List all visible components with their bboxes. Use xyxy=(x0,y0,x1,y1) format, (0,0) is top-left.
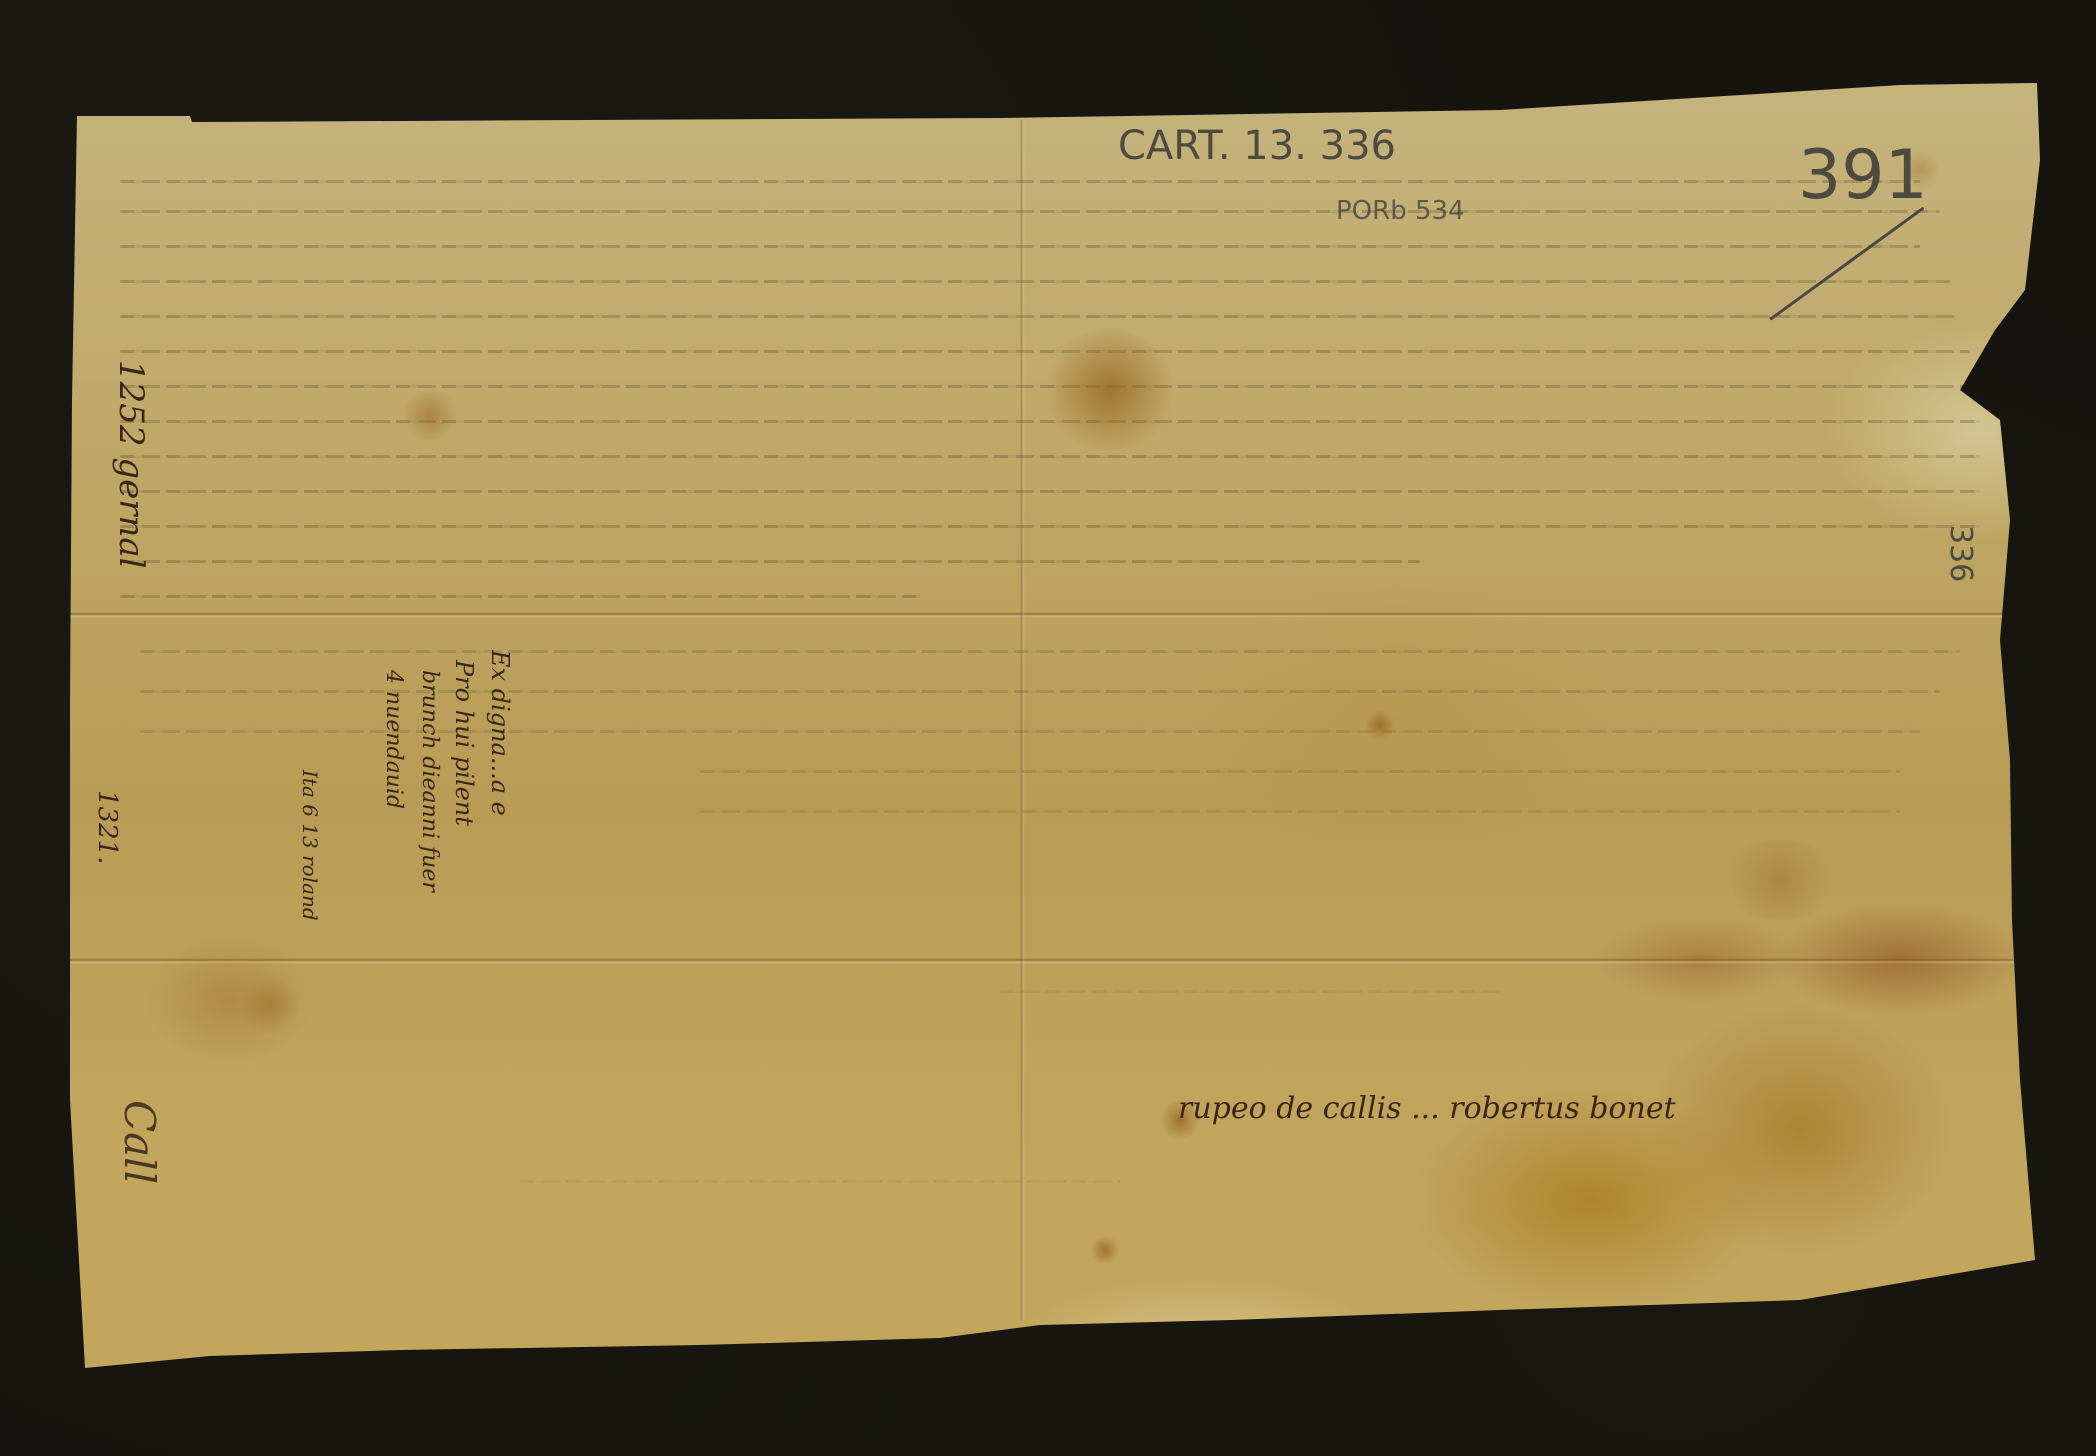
show-through-line xyxy=(1000,990,1500,993)
dorsal-note-line-1: Ex digna...a e xyxy=(488,650,512,816)
show-through-line xyxy=(120,595,920,598)
margin-number-right: 336 xyxy=(1945,525,1975,582)
fold-line-upper xyxy=(60,612,2020,618)
fold-line-lower xyxy=(60,958,2020,964)
stain xyxy=(1040,330,1180,450)
dorsal-note-line-5: Ita 6 13 roland xyxy=(300,770,320,921)
left-margin-date-note: 1252 gernal xyxy=(114,360,148,569)
show-through-line xyxy=(120,315,1960,318)
show-through-line xyxy=(120,490,1980,493)
show-through-line xyxy=(120,455,1980,458)
show-through-line xyxy=(120,245,1920,248)
show-through-line xyxy=(120,560,1420,563)
show-through-line xyxy=(140,690,1940,693)
fold-line-vertical xyxy=(1020,120,1025,1320)
shelf-mark-label: PORb 534 xyxy=(1336,198,1465,224)
folio-number: 391 xyxy=(1798,142,1928,210)
show-through-line xyxy=(520,1180,1120,1183)
show-through-line xyxy=(140,650,1960,653)
stain xyxy=(1720,840,1840,920)
left-margin-year-note: 1321. xyxy=(94,790,120,864)
show-through-line xyxy=(700,770,1900,773)
show-through-line xyxy=(120,280,1950,283)
stain xyxy=(1365,710,1395,740)
show-through-line xyxy=(120,350,1970,353)
show-through-line xyxy=(120,525,1980,528)
left-margin-call-note: Call xyxy=(118,1100,160,1184)
stain xyxy=(400,390,460,440)
show-through-line xyxy=(120,210,1940,213)
dorsal-note-line-2: Pro hui pilent xyxy=(452,660,476,826)
stain xyxy=(1090,1235,1120,1265)
dorsal-note-line-3: brunch dieanni fuer xyxy=(418,670,440,892)
dorsal-note-line-4: 4 nuendauid xyxy=(382,670,404,809)
stain xyxy=(240,975,300,1035)
show-through-line xyxy=(700,810,1900,813)
bottom-endorsement: rupeo de callis ... robertus bonet xyxy=(1178,1094,1676,1124)
show-through-line xyxy=(140,730,1920,733)
parchment-sheet: CART. 13. 336 PORb 534 391 336 1252 gern… xyxy=(0,0,2096,1456)
pencil-slash-mark xyxy=(1769,207,1924,321)
show-through-line xyxy=(120,180,1920,183)
archive-reference-label: CART. 13. 336 xyxy=(1118,126,1396,166)
